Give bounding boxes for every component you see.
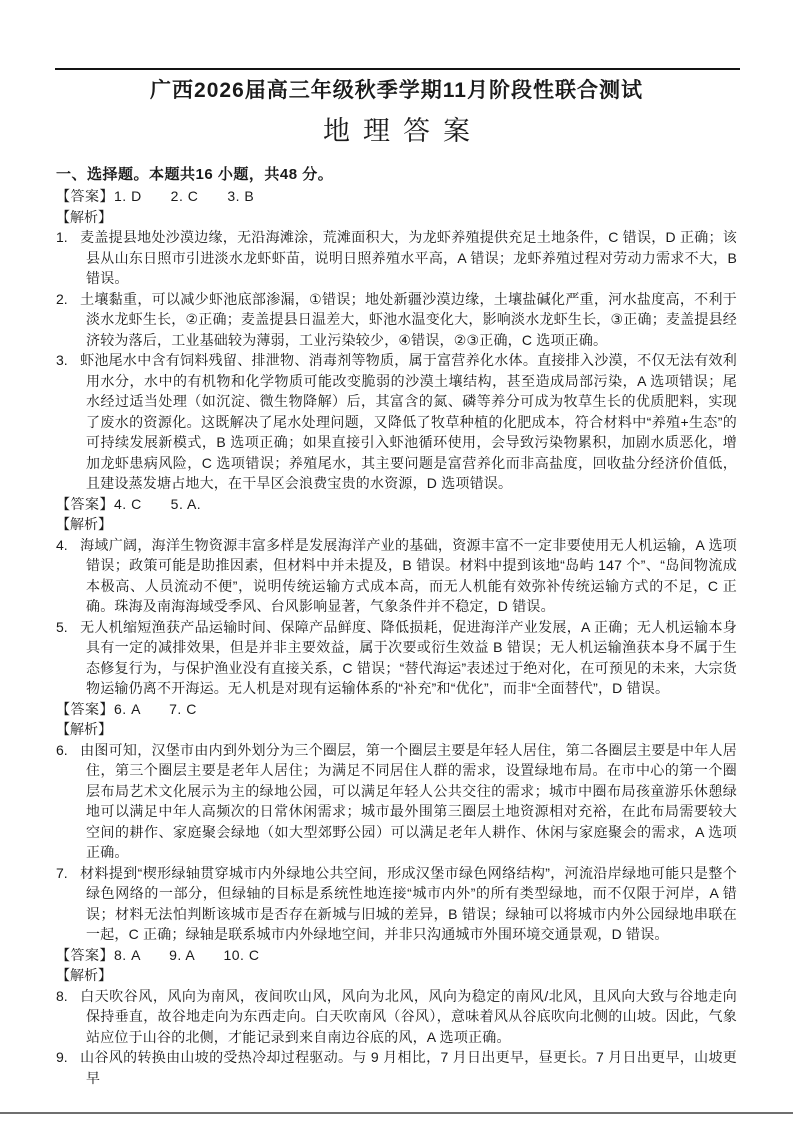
item-text: 由图可知，汉堡市由内到外划分为三个圈层，第一个圈层主要是年轻人居住，第二各圈层主… — [80, 742, 737, 861]
analysis-item-5: 5.无人机缩短渔获产品运输时间、保障产品鲜度、降低损耗，促进海洋产业发展，A 正… — [56, 617, 737, 699]
item-number: 2. — [56, 289, 80, 310]
item-text: 麦盖提县地处沙漠边缘，无沿海滩涂，荒滩面积大，为龙虾养殖提供充足土地条件，C 错… — [80, 229, 737, 286]
footer-rule — [0, 1112, 793, 1114]
answer-line: 【答案】1. D 2. C 3. B — [56, 186, 737, 207]
item-number: 8. — [56, 986, 80, 1007]
item-number: 3. — [56, 350, 80, 371]
exam-title: 广西2026届高三年级秋季学期11月阶段性联合测试 — [56, 76, 737, 106]
analysis-label: 【解析】 — [56, 719, 737, 740]
analysis-item-3: 3.虾池尾水中含有饲料残留、排泄物、消毒剂等物质，属于富营养化水体。直接排入沙漠… — [56, 350, 737, 494]
answer-line: 【答案】8. A 9. A 10. C — [56, 945, 737, 966]
analysis-item-2: 2.土壤黏重，可以减少虾池底部渗漏，①错误；地处新疆沙漠边缘，土壤盐碱化严重，河… — [56, 289, 737, 351]
analysis-label: 【解析】 — [56, 965, 737, 986]
item-number: 7. — [56, 863, 80, 884]
subject-answer-title: 地理答案 — [56, 112, 737, 150]
analysis-label: 【解析】 — [56, 207, 737, 228]
analysis-item-4: 4.海域广阔，海洋生物资源丰富多样是发展海洋产业的基础，资源丰富不一定非要使用无… — [56, 535, 737, 617]
section-heading: 一、选择题。本题共16 小题，共48 分。 — [56, 164, 737, 185]
answer-values: 6. A 7. C — [114, 701, 197, 717]
item-number: 1. — [56, 227, 80, 248]
item-text: 无人机缩短渔获产品运输时间、保障产品鲜度、降低损耗，促进海洋产业发展，A 正确；… — [80, 619, 737, 697]
analysis-item-1: 1.麦盖提县地处沙漠边缘，无沿海滩涂，荒滩面积大，为龙虾养殖提供充足土地条件，C… — [56, 227, 737, 289]
item-number: 9. — [56, 1047, 80, 1068]
analysis-item-7: 7.材料提到“楔形绿轴贯穿城市内外绿地公共空间，形成汉堡市绿色网络结构”，河流沿… — [56, 863, 737, 945]
item-text: 山谷风的转换由山坡的受热冷却过程驱动。与 9 月相比，7 月日出更早，昼更长。7… — [80, 1049, 737, 1086]
answer-values: 8. A 9. A 10. C — [114, 947, 259, 963]
answer-body: 【答案】1. D 2. C 3. B 【解析】 1.麦盖提县地处沙漠边缘，无沿海… — [56, 186, 737, 1088]
item-text: 虾池尾水中含有饲料残留、排泄物、消毒剂等物质，属于富营养化水体。直接排入沙漠，不… — [80, 352, 737, 491]
analysis-item-8: 8.白天吹谷风，风向为南风，夜间吹山风，风向为北风，风向为稳定的南风/北风，且风… — [56, 986, 737, 1048]
item-text: 白天吹谷风，风向为南风，夜间吹山风，风向为北风，风向为稳定的南风/北风，且风向大… — [80, 988, 737, 1045]
header-rule — [55, 68, 740, 70]
item-number: 4. — [56, 535, 80, 556]
item-text: 海域广阔，海洋生物资源丰富多样是发展海洋产业的基础，资源丰富不一定非要使用无人机… — [80, 537, 737, 615]
item-number: 5. — [56, 617, 80, 638]
answer-label: 【答案】 — [56, 701, 114, 717]
answer-line: 【答案】6. A 7. C — [56, 699, 737, 720]
page-content: 广西2026届高三年级秋季学期11月阶段性联合测试 地理答案 一、选择题。本题共… — [56, 76, 737, 1088]
answer-label: 【答案】 — [56, 188, 114, 204]
document-page: 广西2026届高三年级秋季学期11月阶段性联合测试 地理答案 一、选择题。本题共… — [0, 0, 793, 1122]
analysis-item-9: 9.山谷风的转换由山坡的受热冷却过程驱动。与 9 月相比，7 月日出更早，昼更长… — [56, 1047, 737, 1088]
analysis-item-6: 6.由图可知，汉堡市由内到外划分为三个圈层，第一个圈层主要是年轻人居住，第二各圈… — [56, 740, 737, 863]
item-number: 6. — [56, 740, 80, 761]
item-text: 土壤黏重，可以减少虾池底部渗漏，①错误；地处新疆沙漠边缘，土壤盐碱化严重，河水盐… — [80, 291, 737, 348]
answer-values: 4. C 5. A. — [114, 496, 201, 512]
answer-line: 【答案】4. C 5. A. — [56, 494, 737, 515]
analysis-label: 【解析】 — [56, 514, 737, 535]
item-text: 材料提到“楔形绿轴贯穿城市内外绿地公共空间，形成汉堡市绿色网络结构”，河流沿岸绿… — [80, 865, 737, 943]
answer-label: 【答案】 — [56, 947, 114, 963]
answer-label: 【答案】 — [56, 496, 114, 512]
answer-values: 1. D 2. C 3. B — [114, 188, 254, 204]
